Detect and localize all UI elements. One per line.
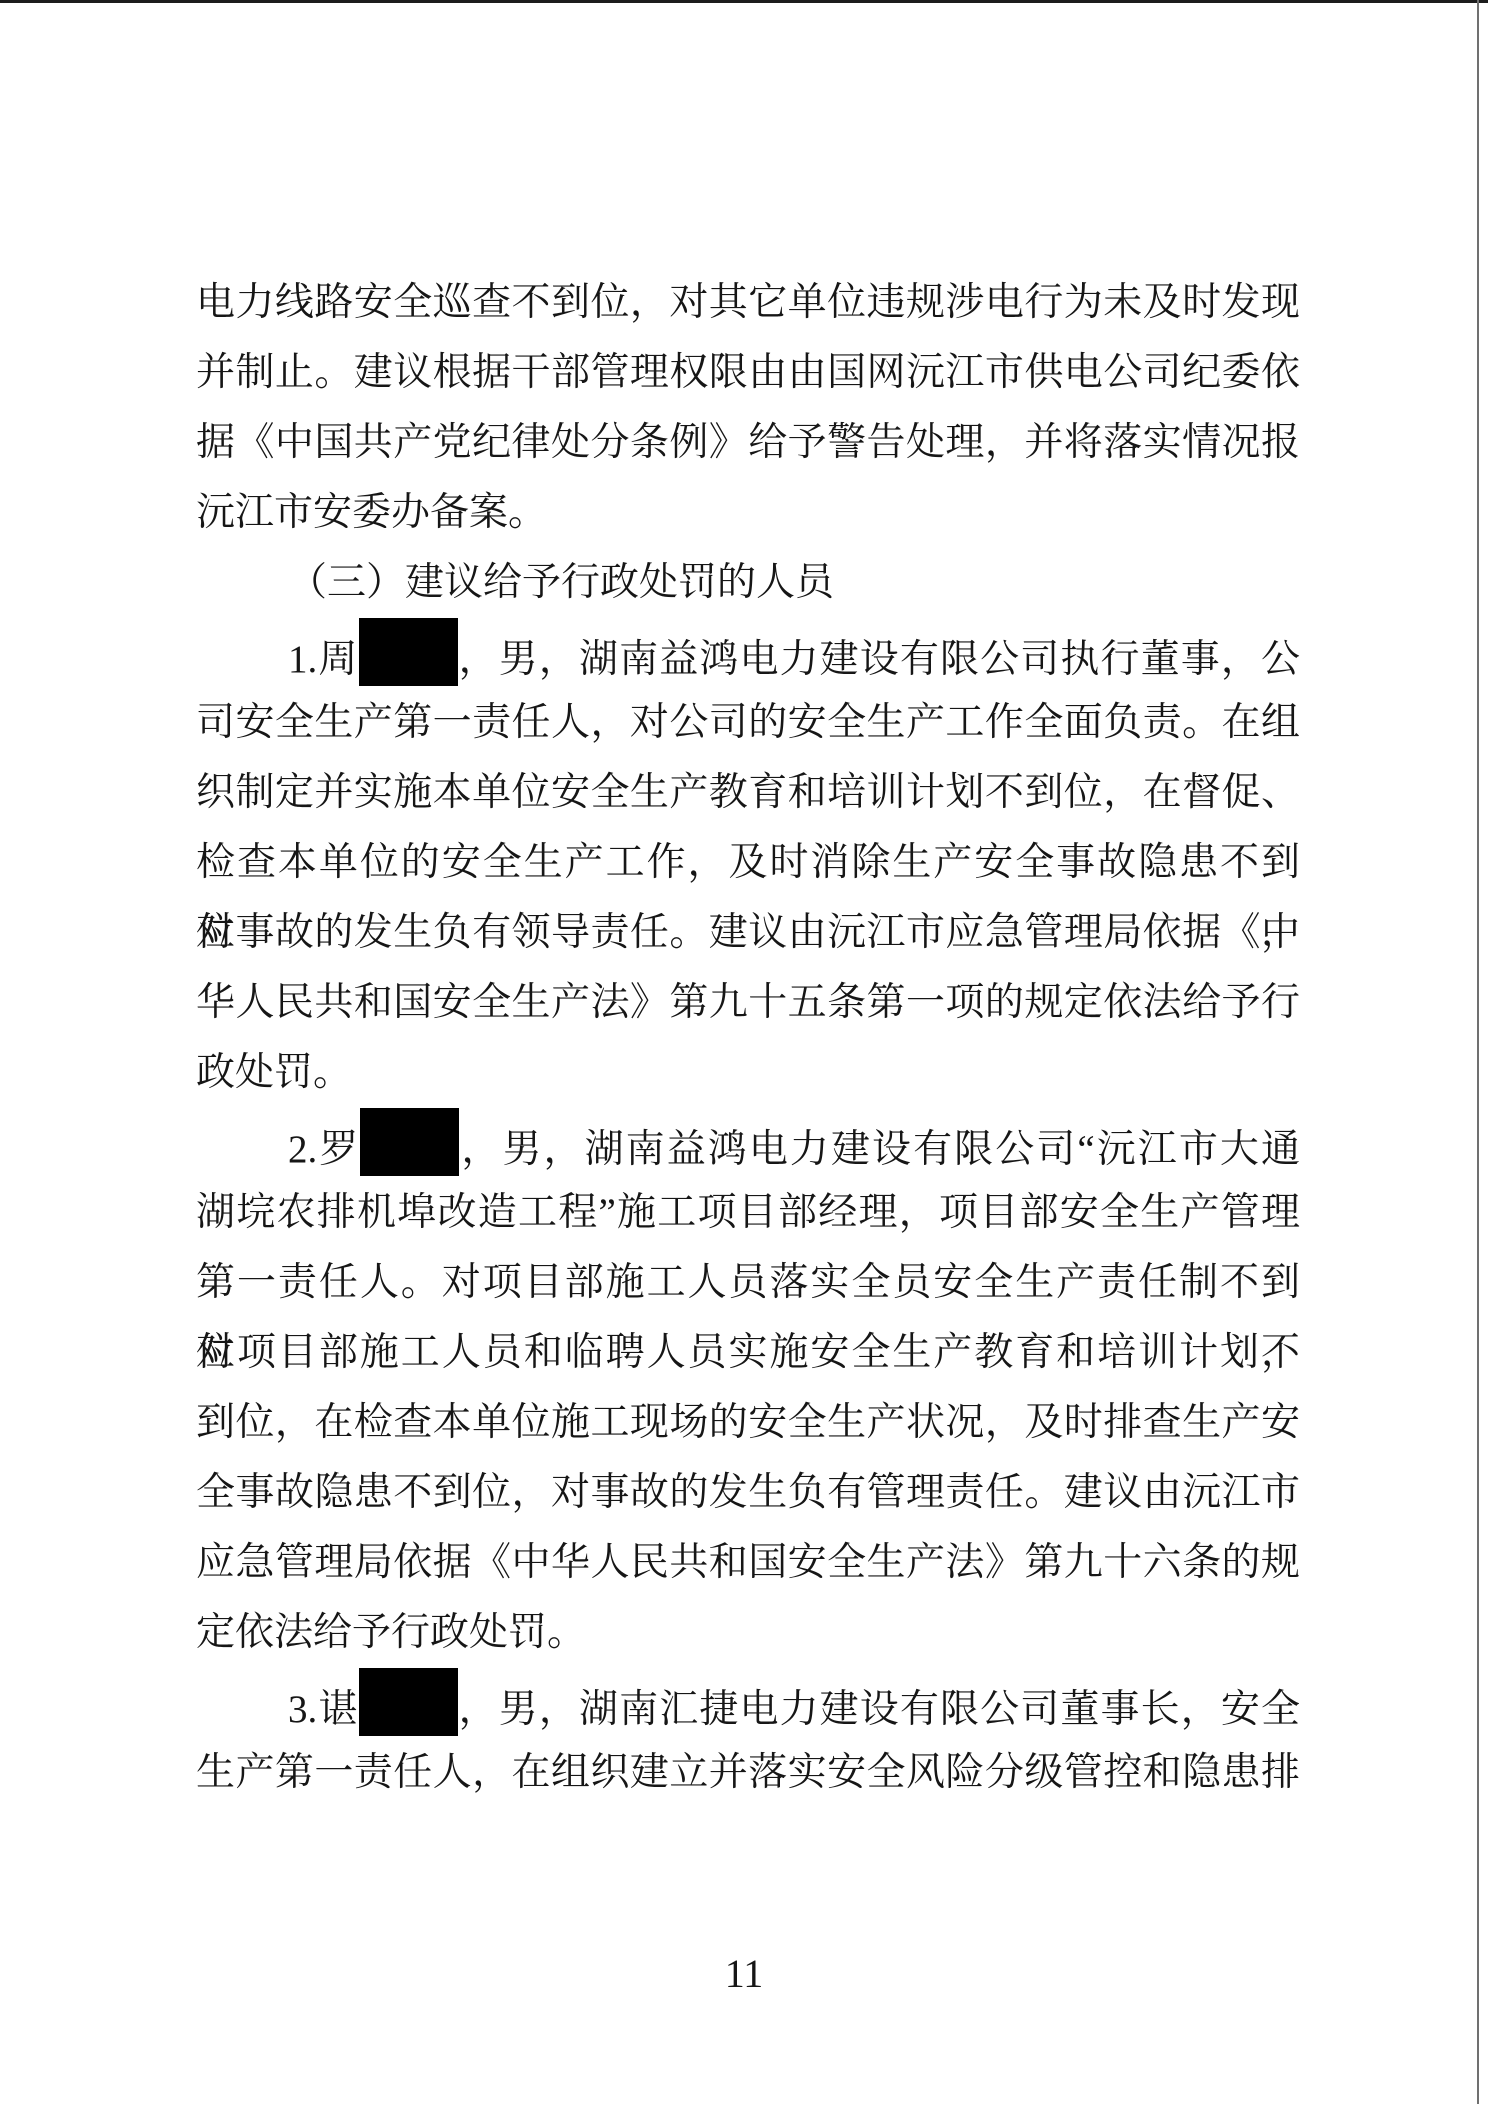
text-line: 并制止。建议根据干部管理权限由由国网沅江市供电公司纪委依: [196, 338, 1300, 408]
line-text: 全事故隐患不到位，对事故的发生负有管理责任。建议由沅江市: [196, 1471, 1300, 1514]
line-text: 沅江市安委办备案。: [196, 491, 547, 534]
text-line: 司安全生产第一责任人，对公司的安全生产工作全面负责。在组: [196, 688, 1300, 758]
line-text: 应急管理局依据《中华人民共和国安全生产法》第九十六条的规: [196, 1541, 1300, 1584]
line-text: 对事故的发生负有领导责任。建议由沅江市应急管理局依据《中: [196, 911, 1300, 954]
line-text: 司安全生产第一责任人，对公司的安全生产工作全面负责。在组: [196, 701, 1300, 744]
text-line: 政处罚。: [196, 1038, 1300, 1108]
line-text: 电力线路安全巡查不到位，对其它单位违规涉电行为未及时发现: [196, 281, 1300, 324]
line-text: 织制定并实施本单位安全生产教育和培训计划不到位，在督促、: [196, 771, 1300, 814]
line-text: 并制止。建议根据干部管理权限由由国网沅江市供电公司纪委依: [196, 351, 1300, 394]
line-text: 据《中国共产党纪律处分条例》给予警告处理，并将落实情况报: [196, 421, 1300, 464]
text-line: 3.谌，男，湖南汇捷电力建设有限公司董事长，安全: [196, 1668, 1300, 1738]
scan-edge-right: [1477, 0, 1479, 2104]
text-line: 1.周，男，湖南益鸿电力建设有限公司执行董事，公: [196, 618, 1300, 688]
line-text: ，男，湖南益鸿电力建设有限公司“沅江市大通: [459, 1128, 1300, 1171]
line-text: 政处罚。: [196, 1051, 352, 1094]
text-line: 检查本单位的安全生产工作，及时消除生产安全事故隐患不到位，: [196, 828, 1300, 898]
text-line: 全事故隐患不到位，对事故的发生负有管理责任。建议由沅江市: [196, 1458, 1300, 1528]
text-line: 应急管理局依据《中华人民共和国安全生产法》第九十六条的规: [196, 1528, 1300, 1598]
text-line: 沅江市安委办备案。: [196, 478, 1300, 548]
text-line: 据《中国共产党纪律处分条例》给予警告处理，并将落实情况报: [196, 408, 1300, 478]
text-line: 生产第一责任人，在组织建立并落实安全风险分级管控和隐患排: [196, 1738, 1300, 1808]
text-line: 对项目部施工人员和临聘人员实施安全生产教育和培训计划不: [196, 1318, 1300, 1388]
line-text: ，男，湖南益鸿电力建设有限公司执行董事，公: [458, 638, 1300, 681]
redaction-box: [359, 1668, 458, 1736]
section-heading: （三）建议给予行政处罚的人员: [196, 548, 1300, 618]
line-text: 对项目部施工人员和临聘人员实施安全生产教育和培训计划不: [196, 1331, 1300, 1374]
page-number: 11: [0, 1950, 1488, 1997]
line-text: 湖垸农排机埠改造工程”施工项目部经理，项目部安全生产管理: [196, 1191, 1300, 1234]
line-text: 1.周: [288, 638, 359, 681]
text-line: 定依法给予行政处罚。: [196, 1598, 1300, 1668]
text-line: 对事故的发生负有领导责任。建议由沅江市应急管理局依据《中: [196, 898, 1300, 968]
scanned-document-page: 电力线路安全巡查不到位，对其它单位违规涉电行为未及时发现并制止。建议根据干部管理…: [0, 0, 1488, 2104]
text-line: 织制定并实施本单位安全生产教育和培训计划不到位，在督促、: [196, 758, 1300, 828]
text-line: 到位，在检查本单位施工现场的安全生产状况，及时排查生产安: [196, 1388, 1300, 1458]
line-text: ，男，湖南汇捷电力建设有限公司董事长，安全: [458, 1688, 1300, 1731]
redaction-box: [359, 618, 458, 686]
line-text: 定依法给予行政处罚。: [196, 1611, 586, 1654]
document-body: 电力线路安全巡查不到位，对其它单位违规涉电行为未及时发现并制止。建议根据干部管理…: [196, 268, 1300, 1808]
scan-edge-top: [0, 0, 1488, 3]
redaction-box: [360, 1108, 459, 1176]
line-text: 3.谌: [288, 1688, 359, 1731]
text-line: 2.罗，男，湖南益鸿电力建设有限公司“沅江市大通: [196, 1108, 1300, 1178]
line-text: 生产第一责任人，在组织建立并落实安全风险分级管控和隐患排: [196, 1751, 1300, 1794]
text-line: 电力线路安全巡查不到位，对其它单位违规涉电行为未及时发现: [196, 268, 1300, 338]
line-text: 2.罗: [288, 1128, 360, 1171]
line-text: 华人民共和国安全生产法》第九十五条第一项的规定依法给予行: [196, 981, 1300, 1024]
text-line: 第一责任人。对项目部施工人员落实全员安全生产责任制不到位，: [196, 1248, 1300, 1318]
line-text: 到位，在检查本单位施工现场的安全生产状况，及时排查生产安: [196, 1401, 1300, 1444]
text-line: 湖垸农排机埠改造工程”施工项目部经理，项目部安全生产管理: [196, 1178, 1300, 1248]
line-text: （三）建议给予行政处罚的人员: [288, 561, 834, 604]
text-line: 华人民共和国安全生产法》第九十五条第一项的规定依法给予行: [196, 968, 1300, 1038]
